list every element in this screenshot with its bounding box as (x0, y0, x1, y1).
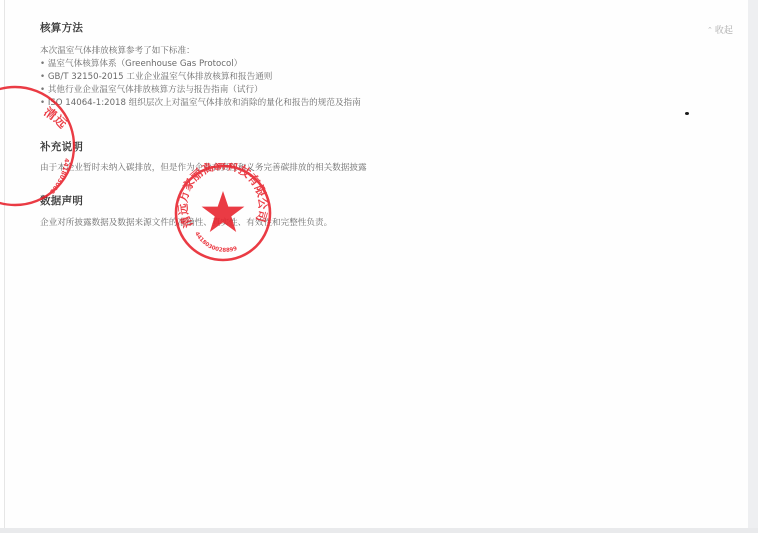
scan-speck (685, 112, 689, 115)
chevron-up-icon: ⌃ (707, 26, 713, 34)
section-supplementary-notes: 补充说明 由于本企业暂时未纳入碳排放，但是作为企业有责任和义务完善碳排放的相关数… (40, 139, 367, 175)
standards-list: 温室气体核算体系（Greenhouse Gas Protocol） GB/T 3… (40, 58, 361, 110)
supplement-body: 由于本企业暂时未纳入碳排放，但是作为企业有责任和义务完善碳排放的相关数据披露 (40, 162, 367, 175)
list-item: ISO 14064-1:2018 组织层次上对温室气体排放和消除的量化和报告的规… (40, 97, 361, 110)
document-page: ⌃ 收起 核算方法 本次温室气体排放核算参考了如下标准： 温室气体核算体系（Gr… (4, 0, 749, 528)
list-item: 温室气体核算体系（Greenhouse Gas Protocol） (40, 58, 361, 71)
bottom-edge (0, 528, 758, 533)
declaration-body: 企业对所披露数据及数据来源文件的准确性、真实性、有效性和完整性负责。 (40, 217, 332, 230)
collapse-label: 收起 (715, 23, 733, 36)
list-item: 其他行业企业温室气体排放核算方法与报告指南（试行） (40, 84, 361, 97)
section-title: 核算方法 (40, 20, 361, 35)
collapse-button[interactable]: ⌃ 收起 (707, 23, 733, 36)
right-gutter (748, 0, 758, 533)
method-intro: 本次温室气体排放核算参考了如下标准： (40, 45, 361, 58)
section-accounting-method: 核算方法 本次温室气体排放核算参考了如下标准： 温室气体核算体系（Greenho… (40, 20, 361, 110)
list-item: GB/T 32150-2015 工业企业温室气体排放核算和报告通则 (40, 71, 361, 84)
section-title: 补充说明 (40, 139, 367, 154)
section-data-declaration: 数据声明 企业对所披露数据及数据来源文件的准确性、真实性、有效性和完整性负责。 (40, 193, 332, 230)
svg-text:4418030028899: 4418030028899 (193, 231, 238, 254)
seal-code: 4418030028899 (193, 231, 238, 254)
section-title: 数据声明 (40, 193, 332, 208)
